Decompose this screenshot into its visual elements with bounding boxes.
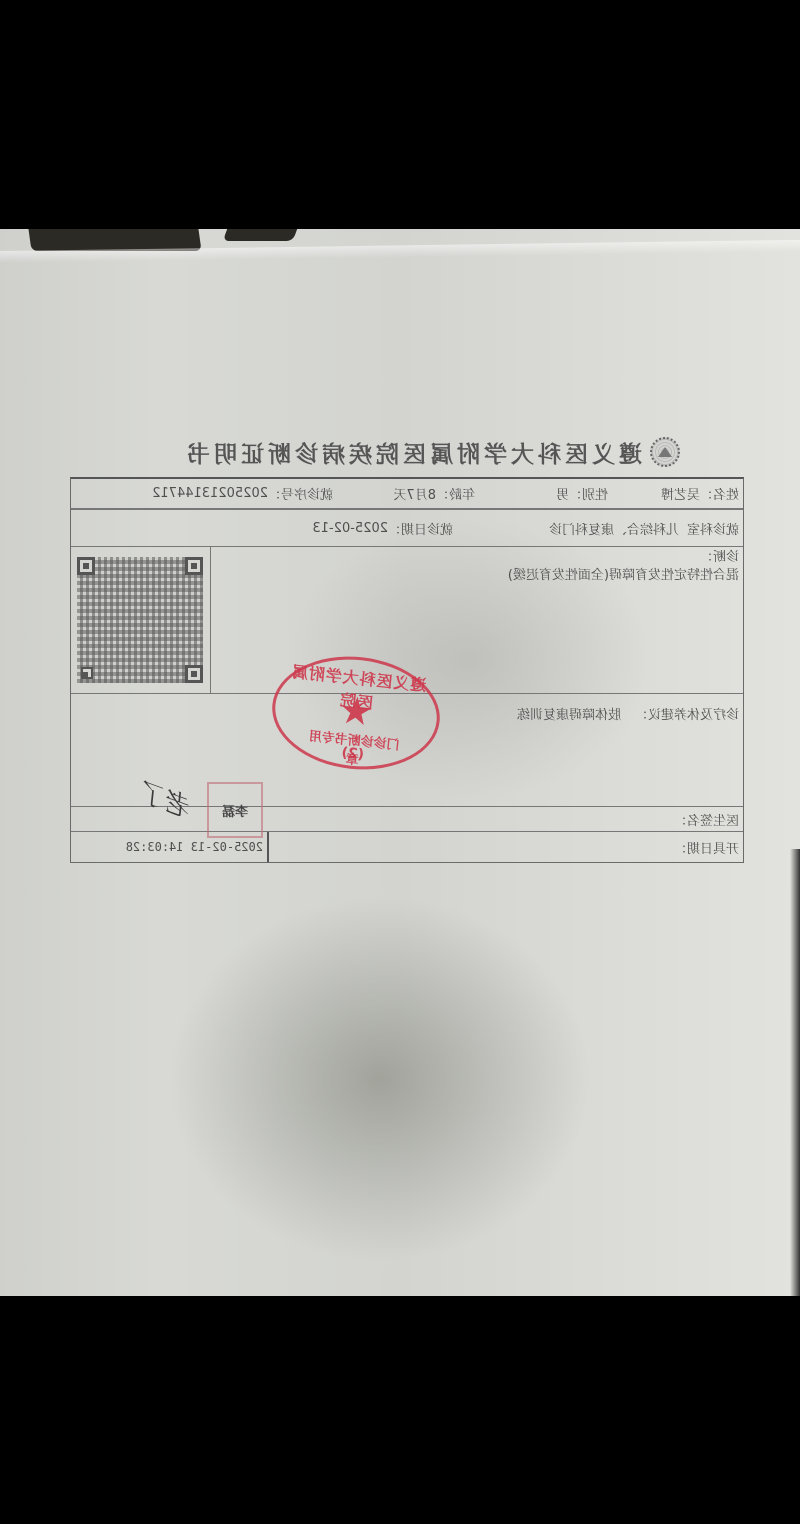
diagnosis-value: 混合性特定性发育障碍(全面性发育迟缓): [508, 567, 739, 585]
paper-shadow: [790, 849, 800, 1296]
doctor-name-stamp: 李磊: [207, 782, 263, 838]
top-black-bar: [0, 0, 800, 229]
doctor-stamp-name: 李磊: [222, 801, 248, 820]
doctor-signature-label: 医生签名：: [674, 807, 739, 831]
advice-label: 诊疗及休养建议：: [635, 704, 739, 723]
visit-date-label: 就诊日期：: [388, 519, 453, 538]
document-photo: 遵义医科大学附属医院疾病诊断证明书 姓名： 吴艺博 性别： 男 年龄： 8月7天…: [0, 229, 800, 1296]
issue-date-label: 开具日期：: [674, 832, 739, 862]
qr-code-icon[interactable]: [78, 557, 204, 683]
name-value: 吴艺博: [661, 484, 700, 503]
visit-date-value: 2025-02-13: [312, 521, 388, 536]
patient-info-row: 姓名： 吴艺博 性别： 男 年龄： 8月7天 就诊序号： 20250213144…: [71, 479, 743, 510]
gender-label: 性别：: [569, 484, 608, 503]
diagnosis-block: 诊断： 混合性特定性发育障碍(全面性发育迟缓): [508, 549, 739, 585]
advice-value: 肢体障碍康复训练: [517, 704, 621, 723]
hospital-logo-icon: [650, 437, 680, 467]
visit-date: 就诊日期： 2025-02-13: [312, 510, 453, 546]
department-label: 就诊科室: [687, 519, 739, 538]
visit-no-label: 就诊序号：: [268, 484, 333, 503]
visit-info-row: 就诊科室 儿科综合、康复科门诊 就诊日期： 2025-02-13: [71, 510, 743, 547]
advice-block: 诊疗及休养建议： 肢体障碍康复训练: [517, 698, 739, 728]
department: 就诊科室 儿科综合、康复科门诊: [549, 510, 739, 546]
department-value: 儿科综合、康复科门诊: [549, 519, 679, 538]
age-label: 年龄：: [436, 484, 475, 503]
visit-no-value: 20250213144712: [152, 486, 268, 501]
age-value: 8月7天: [393, 484, 436, 503]
bottom-black-bar: [0, 1296, 800, 1524]
qr-code-cell: [71, 547, 211, 693]
patient-age: 年龄： 8月7天: [393, 479, 475, 508]
diagnosis-label: 诊断：: [508, 549, 739, 567]
patient-name: 姓名： 吴艺博: [661, 479, 739, 508]
diagnosis-certificate: 遵义医科大学附属医院疾病诊断证明书 姓名： 吴艺博 性别： 男 年龄： 8月7天…: [0, 229, 800, 1296]
certificate-title: 遵义医科大学附属医院疾病诊断证明书: [183, 436, 642, 469]
star-icon: ★: [337, 690, 375, 731]
column-divider: [268, 832, 270, 862]
name-label: 姓名：: [700, 484, 739, 503]
certificate-header: 遵义医科大学附属医院疾病诊断证明书: [180, 434, 680, 470]
gender-value: 男: [556, 484, 569, 503]
visit-number: 就诊序号： 20250213144712: [152, 479, 333, 508]
patient-gender: 性别： 男: [556, 479, 608, 508]
